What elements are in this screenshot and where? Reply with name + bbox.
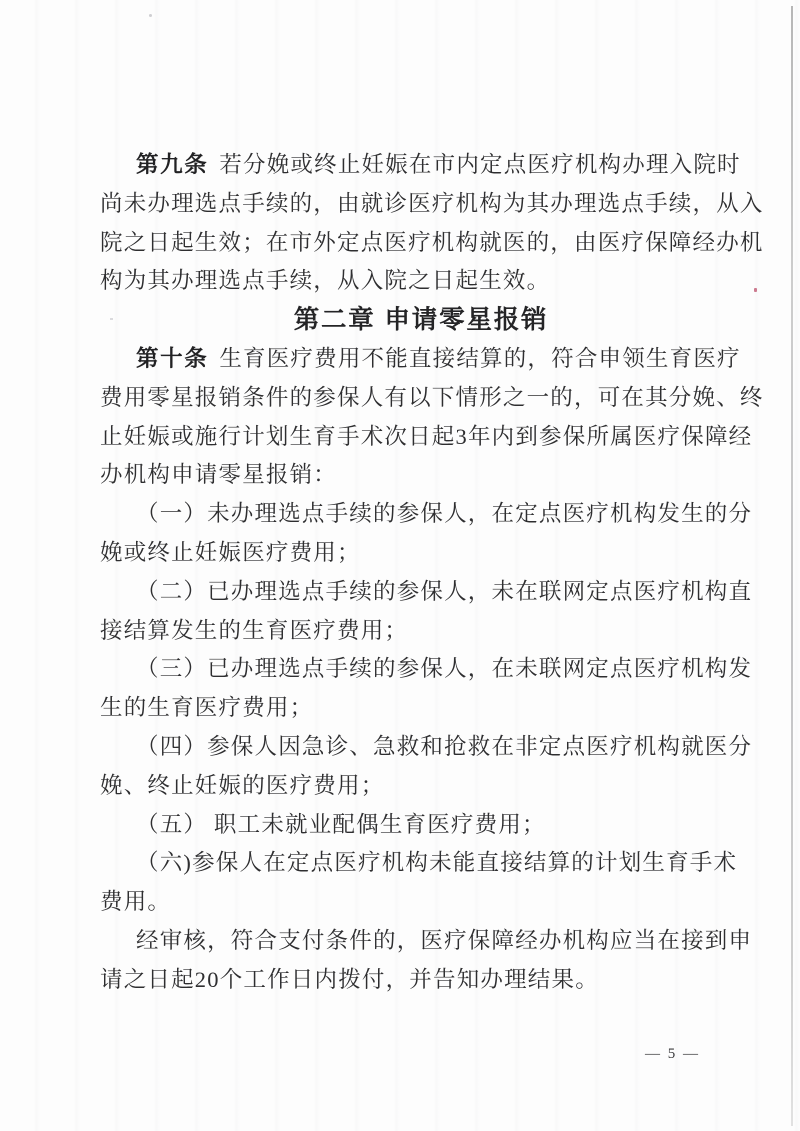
text-line: 办机构申请零星报销： (100, 456, 742, 495)
line-text: （六)参保人在定点医疗机构未能直接结算的计划生育手术 (136, 850, 737, 875)
text-line: 费用零星报销条件的参保人有以下情形之一的，可在其分娩、终 (100, 379, 742, 418)
line-text: 若分娩或终止妊娠在市内定点医疗机构办理入院时 (219, 152, 740, 177)
text-line: 接结算发生的生育医疗费用； (100, 612, 742, 651)
line-text: 请之日起20个工作日内拨付，并告知办理结果。 (100, 967, 599, 992)
line-text: （二）已办理选点手续的参保人，未在联网定点医疗机构直 (136, 579, 752, 604)
line-text: 娩、终止妊娠的医疗费用； (100, 773, 384, 798)
text-line: 娩、终止妊娠的医疗费用； (100, 767, 742, 806)
line-text: （一）未办理选点手续的参保人，在定点医疗机构发生的分 (136, 501, 752, 526)
line-text: 接结算发生的生育医疗费用； (100, 618, 408, 643)
line-text: 经审核，符合支付条件的，医疗保障经办机构应当在接到申 (136, 928, 752, 953)
text-line: （四）参保人因急诊、急救和抢救在非定点医疗机构就医分 (100, 728, 742, 767)
line-text: （五） 职工未就业配偶生育医疗费用； (136, 812, 546, 837)
text-line: （一）未办理选点手续的参保人，在定点医疗机构发生的分 (100, 495, 742, 534)
line-text: 办机构申请零星报销： (100, 462, 337, 487)
chapter-heading: 第二章 申请零星报销 (100, 301, 742, 340)
text-line: 费用。 (100, 883, 742, 922)
text-line: （五） 职工未就业配偶生育医疗费用； (100, 806, 742, 845)
text-line: （二）已办理选点手续的参保人，未在联网定点医疗机构直 (100, 573, 742, 612)
line-text: 尚未办理选点手续的，由就诊医疗机构为其办理选点手续，从入 (100, 191, 764, 216)
line-text: 院之日起生效；在市外定点医疗机构就医的，由医疗保障经办机 (100, 230, 764, 255)
text-line: 构为其办理选点手续，从入院之日起生效。 (100, 262, 742, 301)
line-text: （三）已办理选点手续的参保人，在未联网定点医疗机构发 (136, 656, 752, 681)
document-text: 第九条若分娩或终止妊娠在市内定点医疗机构办理入院时尚未办理选点手续的，由就诊医疗… (100, 146, 742, 1000)
line-text: 构为其办理选点手续，从入院之日起生效。 (100, 268, 550, 293)
line-text: 第二章 申请零星报销 (294, 306, 549, 334)
text-line: 止妊娠或施行计划生育手术次日起3年内到参保所属医疗保障经 (100, 418, 742, 457)
scan-speck-gray (149, 14, 152, 17)
line-text: （四）参保人因急诊、急救和抢救在非定点医疗机构就医分 (136, 734, 752, 759)
page-number: — 5 — (645, 1046, 700, 1063)
text-line: （六)参保人在定点医疗机构未能直接结算的计划生育手术 (100, 844, 742, 883)
article-label: 第九条 (136, 152, 208, 177)
scan-edge-line (791, 6, 793, 1126)
scan-speck-red (754, 288, 757, 292)
line-text: 生育医疗费用不能直接结算的，符合申领生育医疗 (219, 346, 740, 371)
text-line: 经审核，符合支付条件的，医疗保障经办机构应当在接到申 (100, 922, 742, 961)
text-line: 娩或终止妊娠医疗费用； (100, 534, 742, 573)
text-line: 第九条若分娩或终止妊娠在市内定点医疗机构办理入院时 (100, 146, 742, 185)
text-line: 请之日起20个工作日内拨付，并告知办理结果。 (100, 961, 742, 1000)
line-text: 费用零星报销条件的参保人有以下情形之一的，可在其分娩、终 (100, 385, 764, 410)
line-text: 娩或终止妊娠医疗费用； (100, 540, 361, 565)
scanned-page: 第九条若分娩或终止妊娠在市内定点医疗机构办理入院时尚未办理选点手续的，由就诊医疗… (0, 0, 800, 1131)
line-text: 费用。 (100, 889, 171, 914)
line-text: 止妊娠或施行计划生育手术次日起3年内到参保所属医疗保障经 (100, 424, 752, 449)
scan-speck-gray (110, 318, 113, 320)
article-label: 第十条 (136, 346, 208, 371)
text-line: （三）已办理选点手续的参保人，在未联网定点医疗机构发 (100, 650, 742, 689)
text-line: 尚未办理选点手续的，由就诊医疗机构为其办理选点手续，从入 (100, 185, 742, 224)
line-text: 生的生育医疗费用； (100, 695, 313, 720)
text-line: 生的生育医疗费用； (100, 689, 742, 728)
text-line: 第十条生育医疗费用不能直接结算的，符合申领生育医疗 (100, 340, 742, 379)
text-line: 院之日起生效；在市外定点医疗机构就医的，由医疗保障经办机 (100, 224, 742, 263)
